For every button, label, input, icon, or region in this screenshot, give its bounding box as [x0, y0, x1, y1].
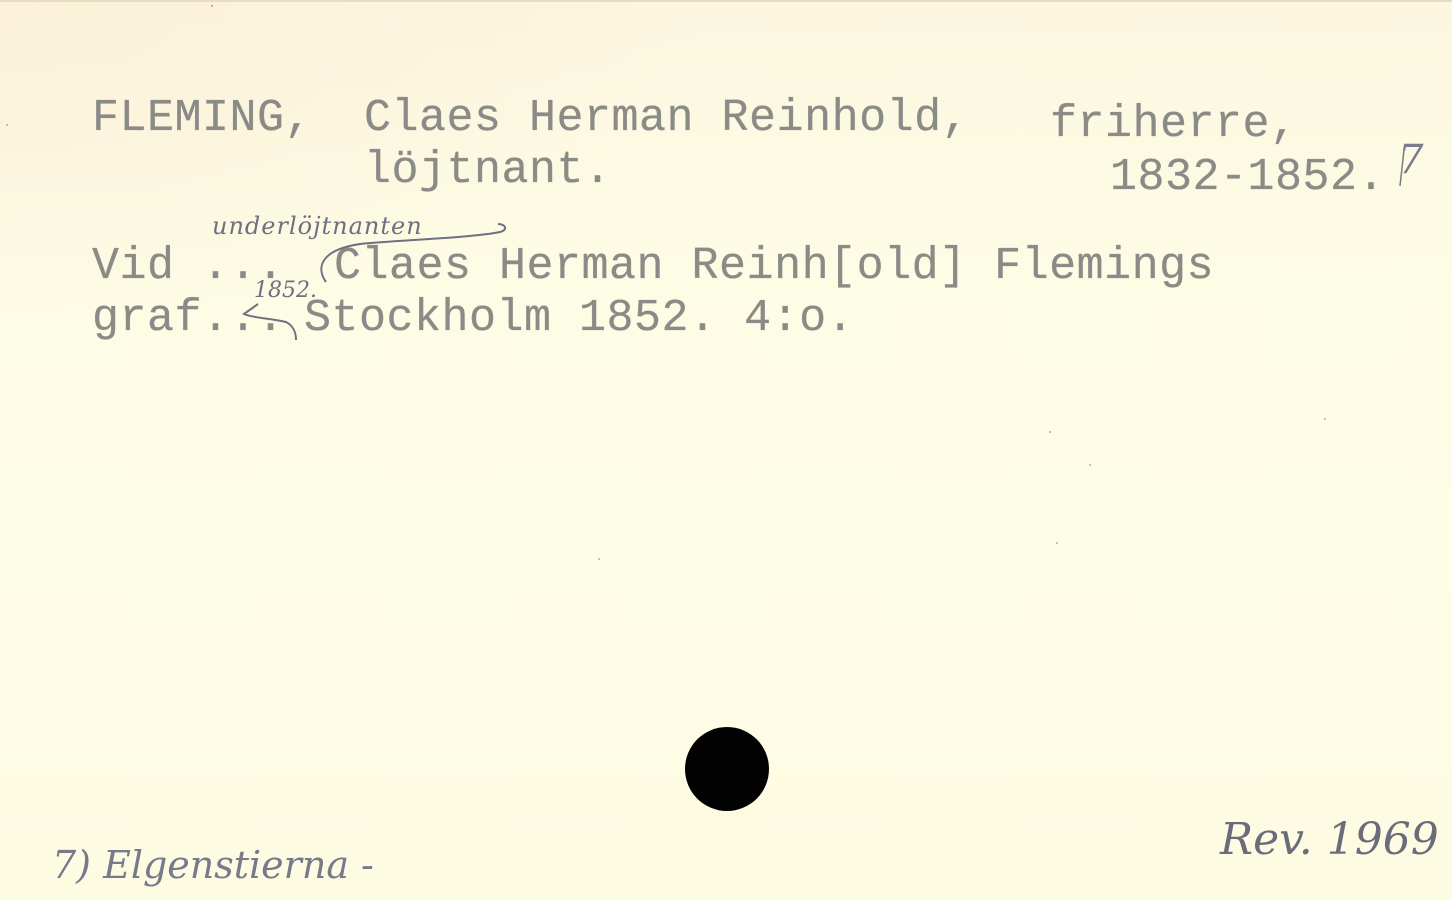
body-line2-place-year: Stockholm 1852. 4:o. — [304, 296, 854, 341]
heading-life-dates: 1832-1852. — [1110, 155, 1385, 200]
footer-right-note: Rev. 1969 — [1220, 818, 1439, 862]
life-dates-footnote-mark: 7 — [1398, 140, 1423, 180]
paper-speck — [1049, 431, 1051, 433]
paper-speck — [211, 5, 213, 7]
heading-title: friherre, — [1050, 102, 1298, 147]
paper-speck — [1089, 464, 1091, 466]
paper-speck — [6, 124, 8, 126]
handwritten-insert-underlojtnanten: underlöjtnanten — [212, 214, 423, 238]
paper-speck — [1324, 418, 1326, 420]
heading-surname: FLEMING, — [92, 96, 312, 141]
handwritten-insert-year: 1852. — [254, 280, 317, 302]
heading-occupation: löjtnant. — [364, 148, 612, 193]
heading-given-names: Claes Herman Reinhold, — [364, 96, 969, 141]
card-top-edge — [0, 0, 1452, 2]
paper-speck — [1056, 542, 1058, 544]
paper-speck — [598, 558, 600, 560]
catalog-card: FLEMING, Claes Herman Reinhold, friherre… — [0, 0, 1452, 900]
footer-left-note: 7) Elgenstierna - — [52, 846, 374, 884]
punch-hole — [685, 727, 769, 811]
body-line1-names: Claes Herman Reinh[old] Flemings — [334, 244, 1214, 289]
